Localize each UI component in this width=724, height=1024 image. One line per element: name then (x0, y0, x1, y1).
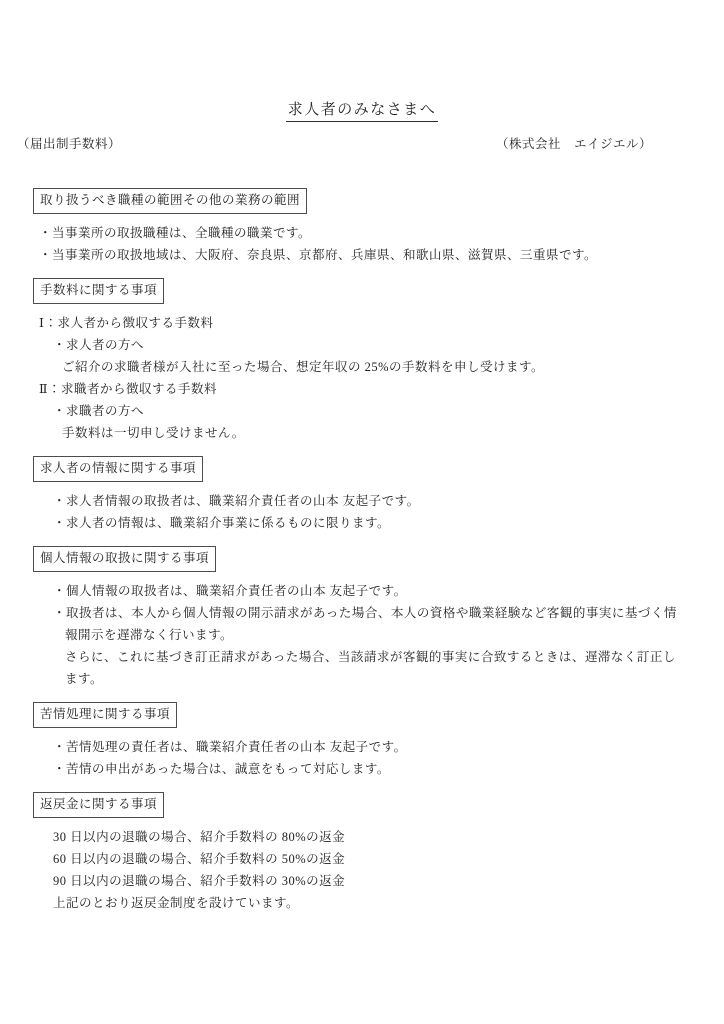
text-line: ・当事業所の取扱職種は、全職種の職業です。 (0, 222, 724, 244)
section-scope: 取り扱うべき職種の範囲その他の業務の範囲 ・当事業所の取扱職種は、全職種の職業で… (0, 153, 724, 266)
text-line: 上記のとおり返戻金制度を設けています。 (0, 892, 724, 914)
section-complaints: 苦情処理に関する事項 ・苦情処理の責任者は、職業紹介責任者の山本 友起子です。 … (0, 690, 724, 780)
section-personal-info: 個人情報の取扱に関する事項 ・個人情報の取扱者は、職業紹介責任者の山本 友起子で… (0, 534, 724, 690)
text-line: Ⅰ：求人者から徴収する手数料 (0, 312, 724, 334)
section-heading-fees: 手数料に関する事項 (33, 278, 164, 304)
title-row: 求人者のみなさまへ (0, 0, 724, 122)
section-heading-complaints: 苦情処理に関する事項 (33, 702, 177, 728)
text-line: ・個人情報の取扱者は、職業紹介責任者の山本 友起子です。 (0, 580, 724, 602)
text-line: ・苦情処理の責任者は、職業紹介責任者の山本 友起子です。 (0, 736, 724, 758)
company-name: （株式会社 エイジエル） (496, 136, 652, 153)
fee-type-label: （届出制手数料） (17, 136, 121, 153)
page-title: 求人者のみなさまへ (286, 101, 439, 122)
text-line: Ⅱ：求職者から徴収する手数料 (0, 378, 724, 400)
text-line: ・求人者の方へ (0, 334, 724, 356)
section-heading-personal-info: 個人情報の取扱に関する事項 (33, 546, 216, 572)
section-heading-scope: 取り扱うべき職種の範囲その他の業務の範囲 (33, 188, 307, 214)
section-employer-info: 求人者の情報に関する事項 ・求人者情報の取扱者は、職業紹介責任者の山本 友起子で… (0, 444, 724, 534)
text-line: ・求人者情報の取扱者は、職業紹介責任者の山本 友起子です。 (0, 490, 724, 512)
text-line: ・当事業所の取扱地域は、大阪府、奈良県、京都府、兵庫県、和歌山県、滋賀県、三重県… (0, 244, 724, 266)
text-line: ご紹介の求職者様が入社に至った場合、想定年収の 25%の手数料を申し受けます。 (0, 356, 724, 378)
text-line: さらに、これに基づき訂正請求があった場合、当該請求が客観的事実に合致するときは、… (0, 646, 724, 668)
text-line: 手数料は一切申し受けません。 (0, 422, 724, 444)
text-line: ・取扱者は、本人から個人情報の開示請求があった場合、本人の資格や職業経験など客観… (0, 602, 724, 624)
text-line: 60 日以内の退職の場合、紹介手数料の 50%の返金 (0, 848, 724, 870)
section-heading-refunds: 返戻金に関する事項 (33, 792, 164, 818)
document-page: 求人者のみなさまへ （届出制手数料） （株式会社 エイジエル） 取り扱うべき職種… (0, 0, 724, 1024)
text-line: ・苦情の申出があった場合は、誠意をもって対応します。 (0, 758, 724, 780)
text-line: ます。 (0, 668, 724, 690)
section-fees: 手数料に関する事項 Ⅰ：求人者から徴収する手数料 ・求人者の方へ ご紹介の求職者… (0, 266, 724, 444)
text-line: ・求職者の方へ (0, 400, 724, 422)
text-line: ・求人者の情報は、職業紹介事業に係るものに限ります。 (0, 512, 724, 534)
section-heading-employer-info: 求人者の情報に関する事項 (33, 456, 203, 482)
text-line: 90 日以内の退職の場合、紹介手数料の 30%の返金 (0, 870, 724, 892)
section-refunds: 返戻金に関する事項 30 日以内の退職の場合、紹介手数料の 80%の返金 60 … (0, 780, 724, 914)
text-line: 30 日以内の退職の場合、紹介手数料の 80%の返金 (0, 826, 724, 848)
text-line: 報開示を遅滞なく行います。 (0, 624, 724, 646)
byline: （届出制手数料） （株式会社 エイジエル） (0, 122, 724, 153)
